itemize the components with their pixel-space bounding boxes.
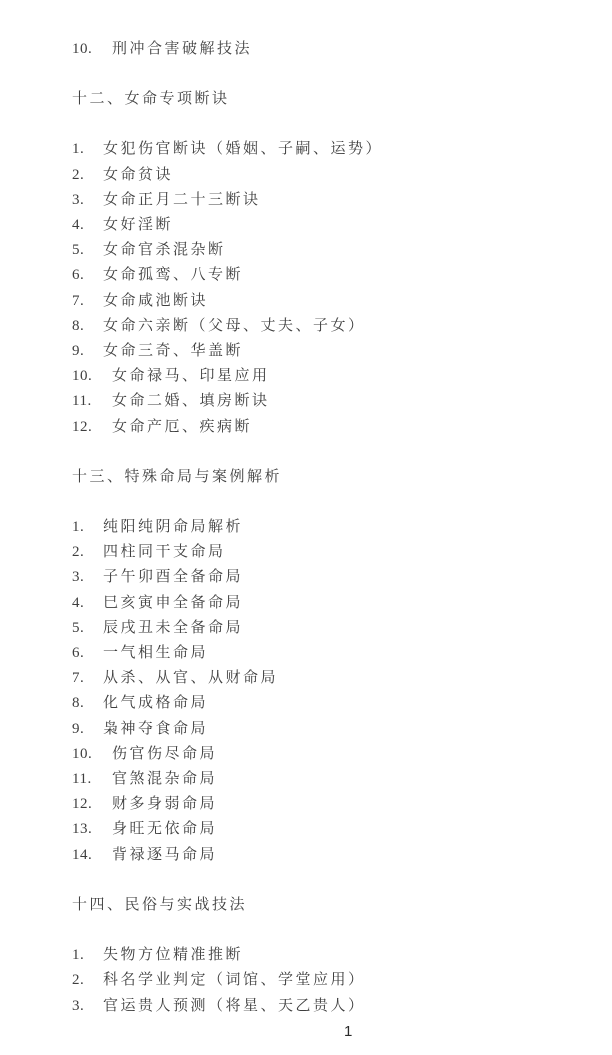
toc-item: 8.女命六亲断（父母、丈夫、子女） xyxy=(72,314,582,339)
item-text: 女命官杀混杂断 xyxy=(103,242,226,258)
toc-item: 12.财多身弱命局 xyxy=(72,792,582,817)
toc-item: 4.巳亥寅申全备命局 xyxy=(72,591,582,616)
item-text: 官煞混杂命局 xyxy=(112,771,217,787)
item-number: 7. xyxy=(72,666,103,691)
item-text: 官运贵人预测（将星、天乙贵人） xyxy=(103,998,366,1014)
item-number: 5. xyxy=(72,238,103,263)
section-heading: 十二、女命专项断诀 xyxy=(72,87,582,112)
item-number: 2. xyxy=(72,540,103,565)
toc-item: 8.化气成格命局 xyxy=(72,691,582,716)
toc-item: 3.女命正月二十三断诀 xyxy=(72,188,582,213)
toc-item: 1.纯阳纯阴命局解析 xyxy=(72,515,582,540)
item-text: 女命六亲断（父母、丈夫、子女） xyxy=(103,318,366,334)
item-text: 女好淫断 xyxy=(103,217,173,233)
toc-item: 11.官煞混杂命局 xyxy=(72,767,582,792)
item-text: 化气成格命局 xyxy=(103,695,208,711)
item-number: 12. xyxy=(72,792,112,817)
item-number: 11. xyxy=(72,767,112,792)
item-text: 巳亥寅申全备命局 xyxy=(103,595,243,611)
section-heading-text: 十二、女命专项断诀 xyxy=(72,91,230,107)
toc-item: 5.女命官杀混杂断 xyxy=(72,238,582,263)
toc-item: 6.女命孤鸾、八专断 xyxy=(72,263,582,288)
toc-item: 13.身旺无依命局 xyxy=(72,817,582,842)
item-text: 科名学业判定（词馆、学堂应用） xyxy=(103,972,366,988)
item-number: 1. xyxy=(72,943,103,968)
item-text: 枭神夺食命局 xyxy=(103,721,208,737)
item-number: 10. xyxy=(72,37,112,62)
item-number: 7. xyxy=(72,289,103,314)
item-text: 背禄逐马命局 xyxy=(112,847,217,863)
item-text: 失物方位精准推断 xyxy=(103,947,243,963)
item-number: 10. xyxy=(72,364,112,389)
toc-item: 1.女犯伤官断诀（婚姻、子嗣、运势） xyxy=(72,137,582,162)
toc-item: 7.从杀、从官、从财命局 xyxy=(72,666,582,691)
toc-item: 12.女命产厄、疾病断 xyxy=(72,415,582,440)
toc-item: 2.女命贫诀 xyxy=(72,163,582,188)
item-number: 9. xyxy=(72,717,103,742)
toc-item: 6.一气相生命局 xyxy=(72,641,582,666)
item-text: 女命禄马、印星应用 xyxy=(112,368,270,384)
toc-item: 5.辰戌丑未全备命局 xyxy=(72,616,582,641)
item-text: 女命咸池断诀 xyxy=(103,293,208,309)
toc-item: 4.女好淫断 xyxy=(72,213,582,238)
toc-item: 2.四柱同干支命局 xyxy=(72,540,582,565)
item-text: 女犯伤官断诀（婚姻、子嗣、运势） xyxy=(103,141,383,157)
item-number: 3. xyxy=(72,994,103,1019)
item-text: 女命正月二十三断诀 xyxy=(103,192,261,208)
toc-item: 10.女命禄马、印星应用 xyxy=(72,364,582,389)
toc-item: 9.女命三奇、华盖断 xyxy=(72,339,582,364)
item-text: 女命贫诀 xyxy=(103,167,173,183)
item-text: 女命孤鸾、八专断 xyxy=(103,267,243,283)
item-number: 5. xyxy=(72,616,103,641)
item-text: 女命二婚、填房断诀 xyxy=(112,393,270,409)
item-number: 2. xyxy=(72,968,103,993)
section-heading: 十三、特殊命局与案例解析 xyxy=(72,465,582,490)
toc-item: 10.刑冲合害破解技法 xyxy=(72,37,582,62)
toc-list: 10.刑冲合害破解技法十二、女命专项断诀1.女犯伤官断诀（婚姻、子嗣、运势）2.… xyxy=(0,0,612,1019)
item-number: 4. xyxy=(72,213,103,238)
item-text: 刑冲合害破解技法 xyxy=(112,41,252,57)
item-number: 8. xyxy=(72,314,103,339)
document-page: 10.刑冲合害破解技法十二、女命专项断诀1.女犯伤官断诀（婚姻、子嗣、运势）2.… xyxy=(0,0,612,1055)
toc-item: 2.科名学业判定（词馆、学堂应用） xyxy=(72,968,582,993)
item-text: 四柱同干支命局 xyxy=(103,544,226,560)
toc-item: 11.女命二婚、填房断诀 xyxy=(72,389,582,414)
item-number: 2. xyxy=(72,163,103,188)
toc-item: 3.官运贵人预测（将星、天乙贵人） xyxy=(72,994,582,1019)
toc-item: 10.伤官伤尽命局 xyxy=(72,742,582,767)
item-text: 女命产厄、疾病断 xyxy=(112,419,252,435)
item-number: 6. xyxy=(72,641,103,666)
item-text: 伤官伤尽命局 xyxy=(112,746,217,762)
item-number: 3. xyxy=(72,565,103,590)
item-text: 纯阳纯阴命局解析 xyxy=(103,519,243,535)
toc-item: 3.子午卯酉全备命局 xyxy=(72,565,582,590)
item-text: 一气相生命局 xyxy=(103,645,208,661)
item-text: 子午卯酉全备命局 xyxy=(103,569,243,585)
toc-item: 9.枭神夺食命局 xyxy=(72,717,582,742)
item-number: 13. xyxy=(72,817,112,842)
item-number: 1. xyxy=(72,137,103,162)
item-text: 女命三奇、华盖断 xyxy=(103,343,243,359)
section-heading-text: 十四、民俗与实战技法 xyxy=(72,897,247,913)
item-number: 9. xyxy=(72,339,103,364)
item-number: 1. xyxy=(72,515,103,540)
item-number: 12. xyxy=(72,415,112,440)
toc-item: 1.失物方位精准推断 xyxy=(72,943,582,968)
item-number: 10. xyxy=(72,742,112,767)
section-heading: 十四、民俗与实战技法 xyxy=(72,893,582,918)
item-number: 3. xyxy=(72,188,103,213)
item-number: 14. xyxy=(72,843,112,868)
item-text: 辰戌丑未全备命局 xyxy=(103,620,243,636)
item-number: 6. xyxy=(72,263,103,288)
section-heading-text: 十三、特殊命局与案例解析 xyxy=(72,469,282,485)
item-number: 11. xyxy=(72,389,112,414)
toc-item: 7.女命咸池断诀 xyxy=(72,289,582,314)
item-text: 从杀、从官、从财命局 xyxy=(103,670,278,686)
item-number: 4. xyxy=(72,591,103,616)
item-text: 身旺无依命局 xyxy=(112,821,217,837)
item-text: 财多身弱命局 xyxy=(112,796,217,812)
item-number: 8. xyxy=(72,691,103,716)
page-number: 1 xyxy=(344,1022,352,1042)
toc-item: 14.背禄逐马命局 xyxy=(72,843,582,868)
